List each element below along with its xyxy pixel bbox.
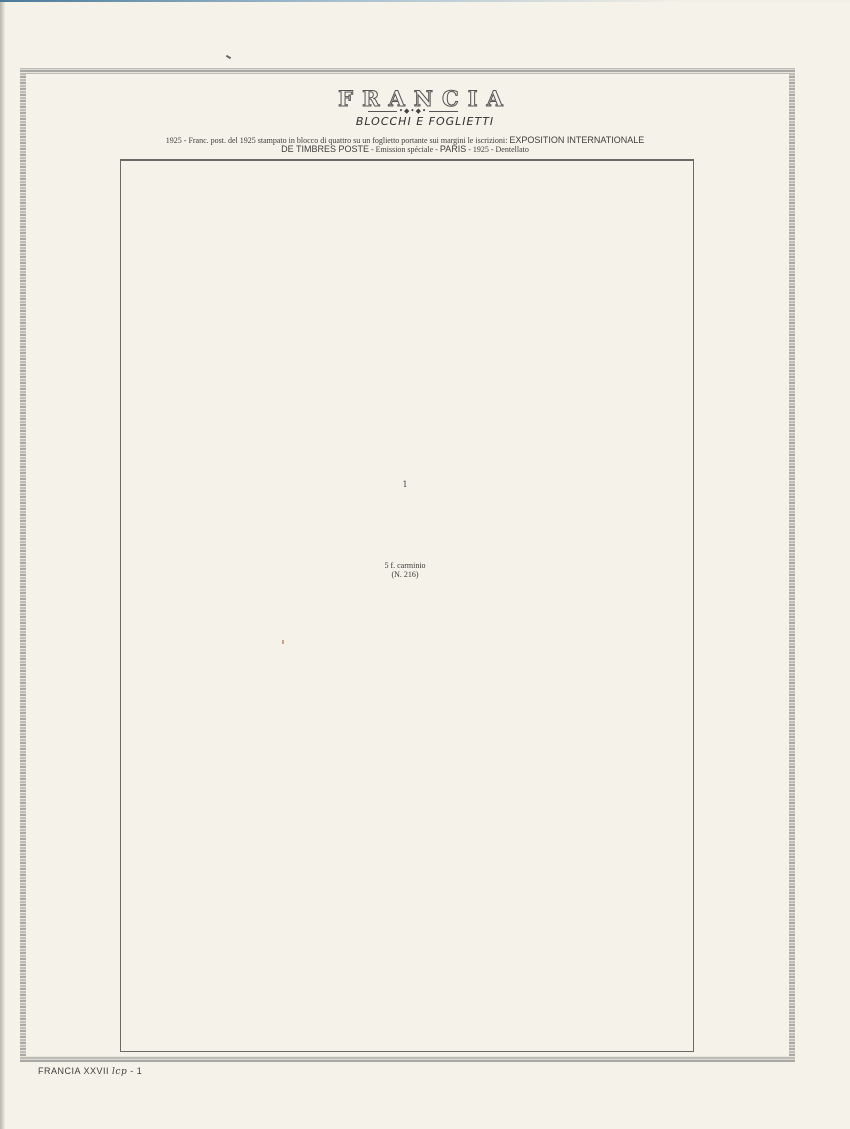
description-text: - 1925 - Dentellato bbox=[468, 145, 529, 154]
page-subtitle: BLOCCHI E FOGLIETTI bbox=[0, 115, 850, 128]
stamp-mounting-box bbox=[120, 159, 694, 1052]
page-footer-label: FRANCIA XXVII lcp - 1 bbox=[38, 1066, 142, 1077]
title-ornament-divider: •◆•◆• bbox=[368, 109, 458, 113]
issue-description: 1925 - Franc. post. del 1925 stampato in… bbox=[100, 136, 710, 154]
description-caps: EXPOSITION INTERNATIONALE bbox=[509, 135, 644, 145]
stamp-catalog-number: (N. 216) bbox=[330, 570, 480, 579]
ornament-line-left bbox=[368, 111, 397, 112]
paper-spot bbox=[226, 55, 231, 59]
description-caps: PARIS bbox=[440, 144, 466, 154]
stamp-position-number: 1 bbox=[390, 480, 420, 489]
description-line-2: DE TIMBRES POSTE - Emission spéciale - P… bbox=[100, 145, 710, 154]
description-caps: DE TIMBRES POSTE bbox=[281, 144, 369, 154]
ornament-dots-icon: •◆•◆• bbox=[399, 109, 427, 113]
stamp-caption: 5 f. carminio (N. 216) bbox=[330, 561, 480, 579]
footer-page-number: - 1 bbox=[130, 1066, 142, 1076]
scan-top-edge bbox=[0, 0, 850, 2]
description-text: - Emission spéciale - bbox=[371, 145, 438, 154]
paper-spot bbox=[282, 640, 284, 644]
stamp-value-color: 5 f. carminio bbox=[330, 561, 480, 570]
footer-handwritten-note: lcp bbox=[112, 1067, 127, 1077]
ornament-line-right bbox=[429, 111, 458, 112]
footer-series: FRANCIA XXVII bbox=[38, 1066, 109, 1076]
binding-edge bbox=[0, 0, 5, 1129]
description-line-1: 1925 - Franc. post. del 1925 stampato in… bbox=[100, 136, 710, 145]
